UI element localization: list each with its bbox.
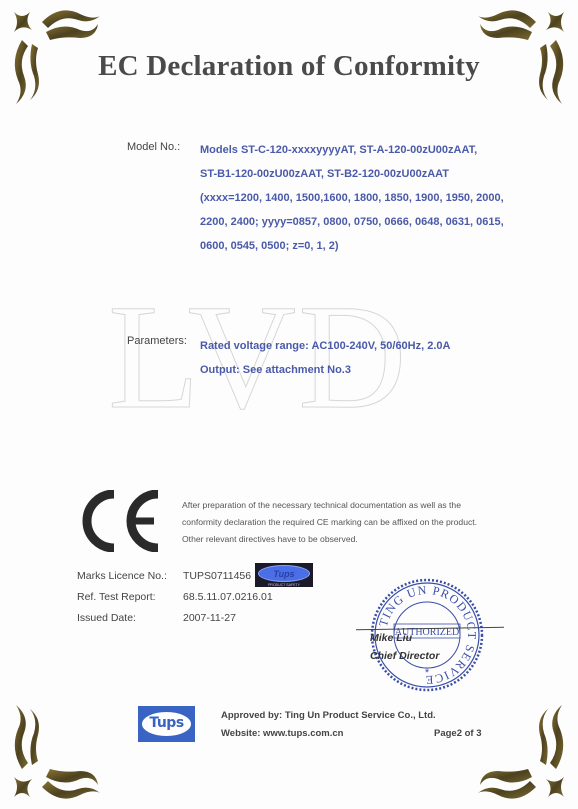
lvd-watermark: LVD: [108, 282, 409, 432]
parameter-voltage: Rated voltage range: AC100-240V, 50/60Hz…: [200, 340, 450, 352]
approved-by: Approved by: Ting Un Product Service Co.…: [221, 710, 436, 721]
model-line: Models ST-C-120-xxxxyyyyAT, ST-A-120-00z…: [200, 144, 477, 156]
website-link[interactable]: Website: www.tups.com.cn: [221, 728, 343, 739]
issued-date-label: Issued Date:: [77, 612, 136, 624]
tups-logo: Tups: [138, 706, 195, 742]
issued-date-value: 2007-11-27: [183, 612, 236, 624]
licence-label: Marks Licence No.:: [77, 570, 167, 582]
ce-declaration-text: After preparation of the necessary techn…: [182, 497, 512, 548]
licence-value: TUPS0711456: [183, 570, 251, 582]
tups-badge-subtext: PRODUCT SAFETY: [255, 583, 313, 587]
stamp-star: *: [425, 667, 430, 679]
signatory-name: Mike Liu: [370, 632, 412, 644]
tups-badge-logo: Tups PRODUCT SAFETY: [255, 563, 313, 587]
model-label: Model No.:: [127, 141, 180, 153]
model-line: 0600, 0545, 0500; z=0, 1, 2): [200, 240, 339, 252]
parameter-output: Output: See attachment No.3: [200, 364, 351, 376]
parameters-label: Parameters:: [127, 335, 187, 347]
model-line: ST-B1-120-00zU00zAAT, ST-B2-120-00zU00zA…: [200, 168, 449, 180]
test-report-value: 68.5.11.07.0216.01: [183, 591, 273, 603]
document-title: EC Declaration of Conformity: [0, 50, 578, 83]
tups-logo-text: Tups: [142, 712, 191, 736]
tups-badge-text: Tups: [258, 565, 310, 582]
page-number: Page2 of 3: [434, 728, 482, 739]
test-report-label: Ref. Test Report:: [77, 591, 156, 603]
model-line: 2200, 2400; yyyy=0857, 0800, 0750, 0666,…: [200, 216, 504, 228]
signatory-title: Chief Director: [370, 650, 439, 662]
ce-mark-icon: [82, 490, 162, 552]
model-line: (xxxx=1200, 1400, 1500,1600, 1800, 1850,…: [200, 192, 504, 204]
